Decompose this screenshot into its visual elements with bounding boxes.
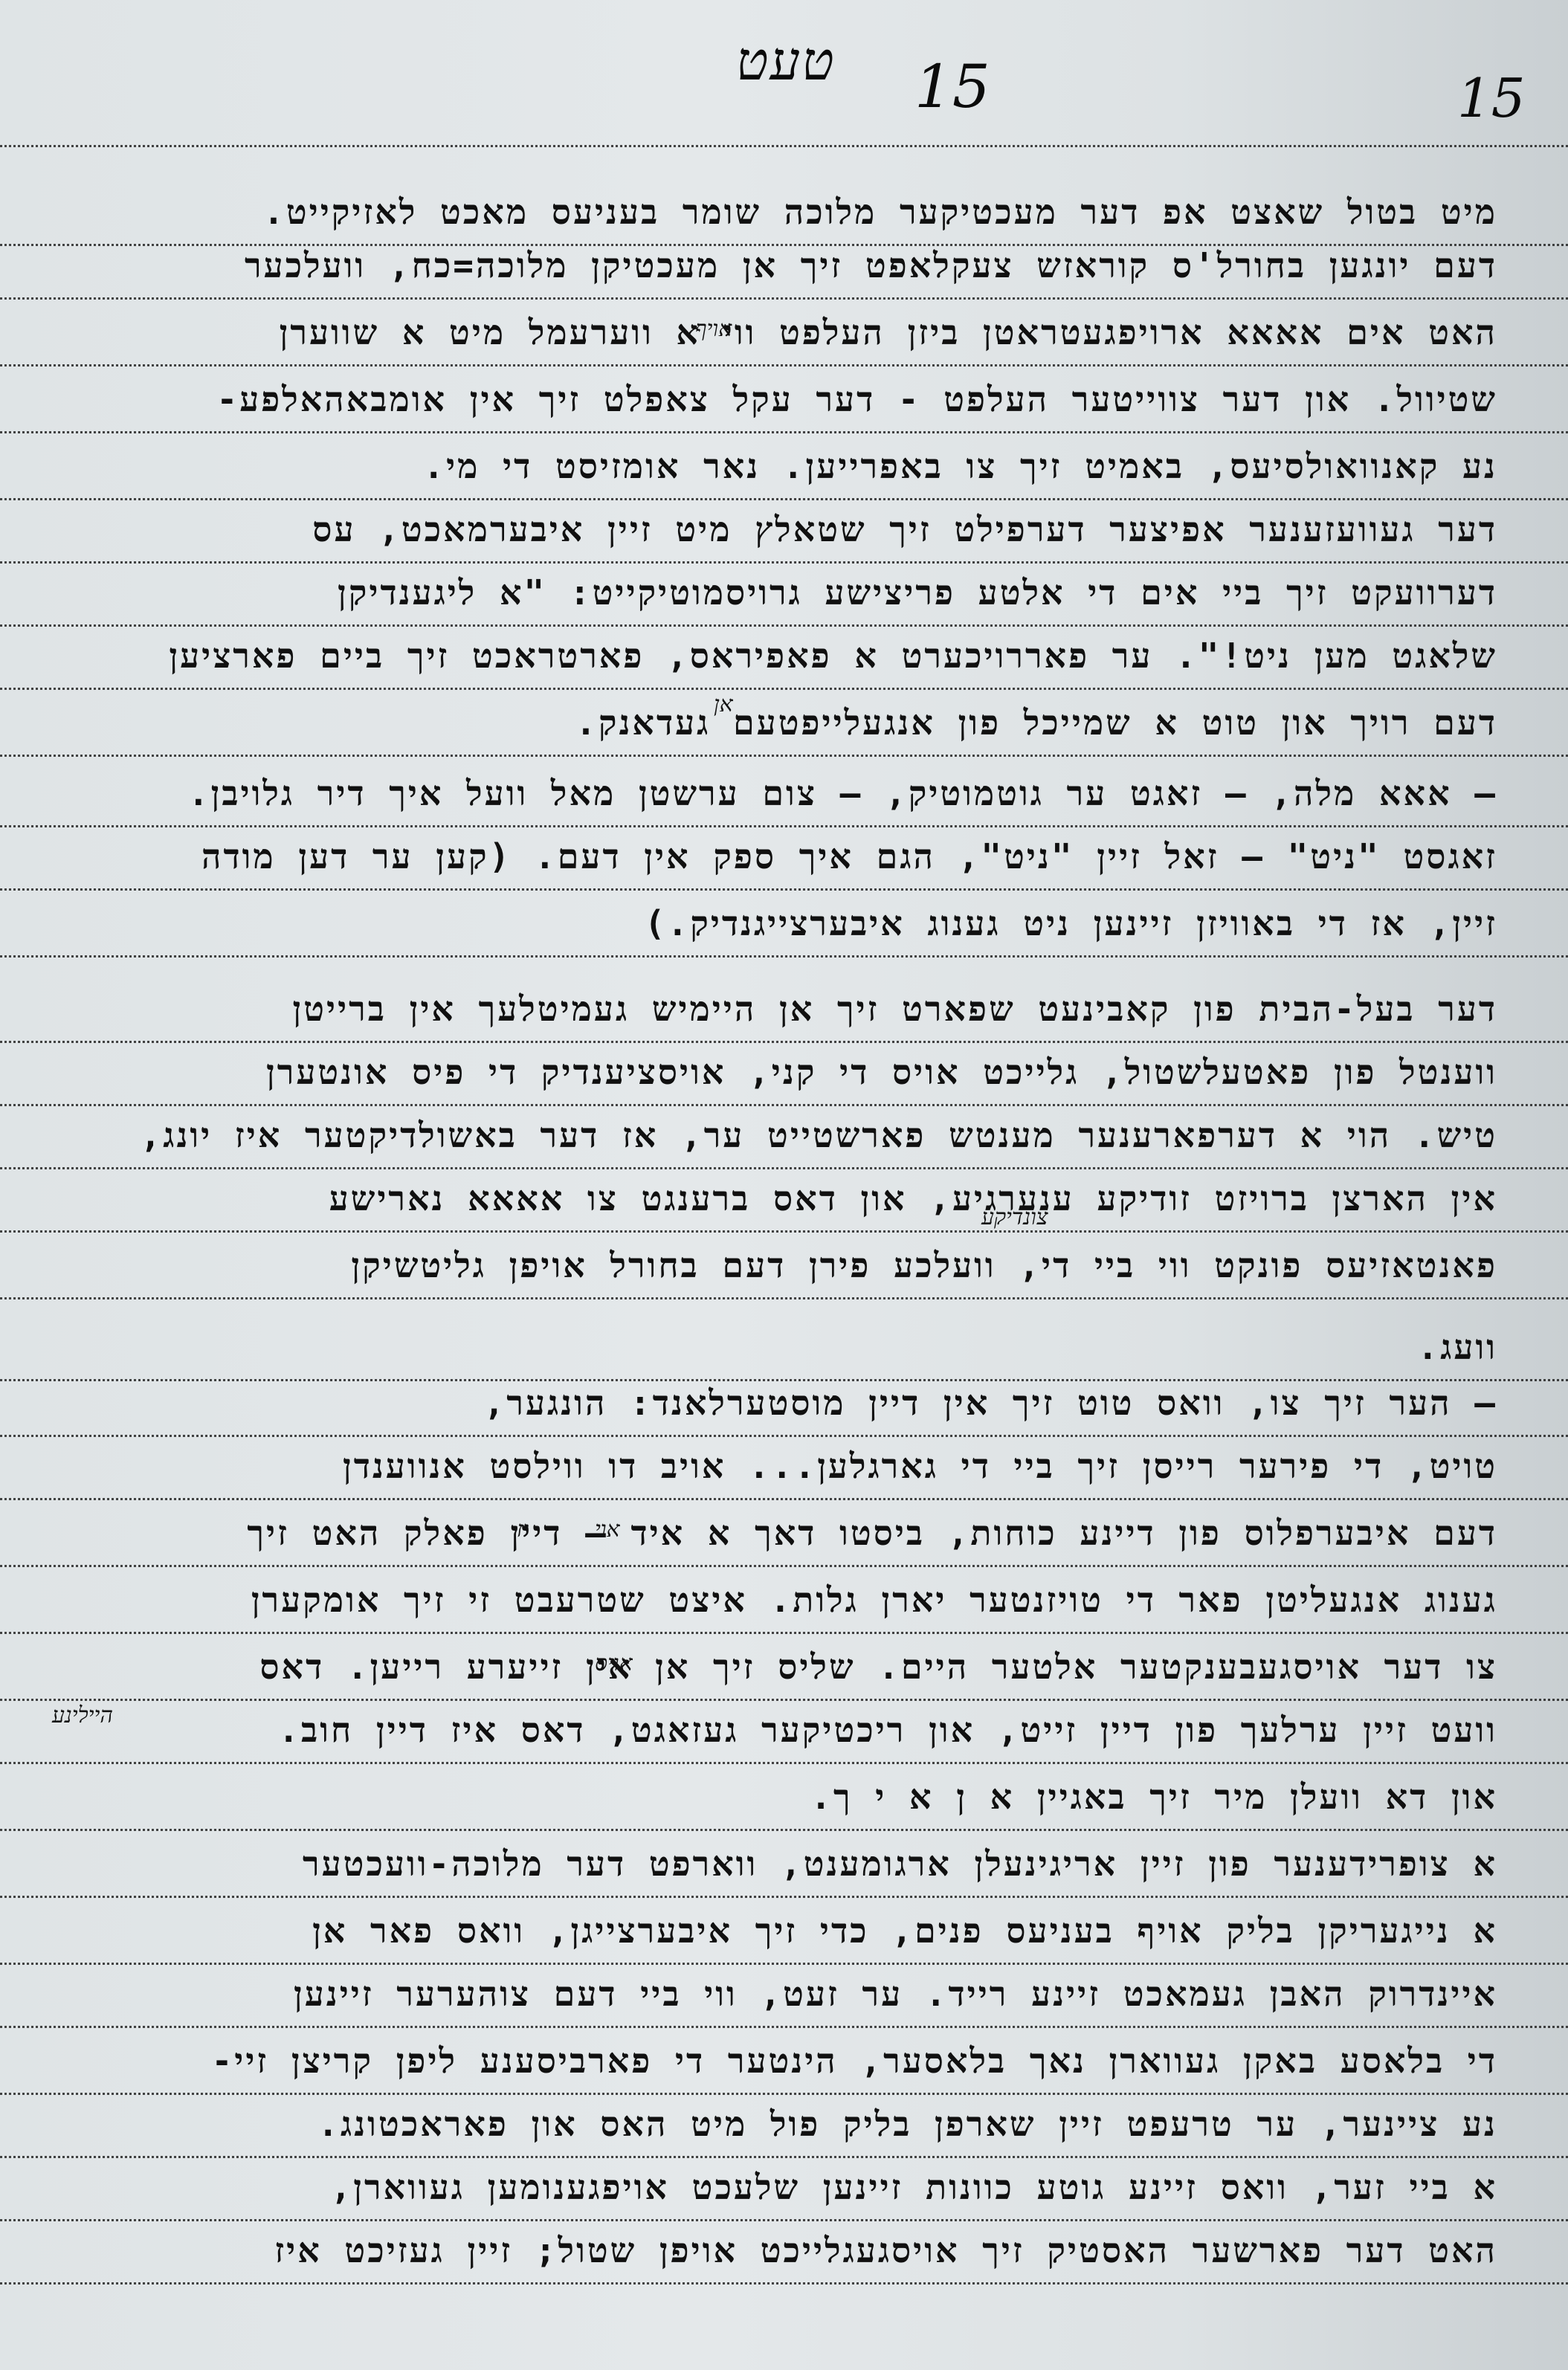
ruled-line	[0, 2093, 1568, 2095]
typed-line: אין הארצן ברויזט זודיקע ענערגיע, און דאס…	[329, 1178, 1497, 1218]
typed-line: ווענטל פון פאטעלשטול, גלייכט אויס די קני…	[266, 1052, 1497, 1092]
ruled-line	[0, 1829, 1568, 1831]
ruled-line	[0, 1699, 1568, 1701]
typed-line: זיין, אז די באוויזן זיינען ניט גענוג איב…	[645, 903, 1497, 943]
ruled-line	[0, 1762, 1568, 1764]
ruled-line	[0, 1963, 1568, 1965]
typed-line: – הער זיך צו, וואס טוט זיך אין דיין מוסט…	[484, 1383, 1497, 1423]
typed-line: א נייגעריקן בליק אויף בעניעס פנים, כדי ז…	[312, 1911, 1497, 1951]
typed-line: דערוועקט זיך ביי אים די אלטע פריצישע גרו…	[338, 572, 1497, 613]
typed-line: דער בעל-הבית פון קאבינעט שפארט זיך אן הי…	[293, 989, 1497, 1029]
margin-note: אויף	[695, 316, 732, 342]
typed-line: מיט בטול שאצט אפ דער מעכטיקער מלוכה שומר…	[263, 192, 1497, 232]
ruled-line	[0, 688, 1568, 690]
typed-line: צו דער אויסגעבענקטער אלטער היים. שליס זי…	[259, 1647, 1497, 1687]
typed-line: דעם איבערפלוס פון דיינע כוחות, ביסטו דאך…	[247, 1513, 1497, 1553]
typed-line: שלאגט מען ניט!". ער פאררויכערט א פאפיראס…	[169, 636, 1497, 676]
ruled-line	[0, 1167, 1568, 1169]
ruled-line	[0, 755, 1568, 757]
ruled-line	[0, 1041, 1568, 1043]
typed-line: און דא וועלן מיר זיך באגיין א ן א י ך.	[810, 1777, 1497, 1817]
ruled-line	[0, 1297, 1568, 1299]
ruled-line	[0, 1632, 1568, 1634]
typed-line: א צופרידענער פון זיין אריגינעלן ארגומענט…	[303, 1844, 1497, 1884]
margin-note: אוי	[595, 1517, 620, 1543]
typed-line: דער געוועזענער אפיצער דערפילט זיך שטאלץ …	[312, 509, 1497, 549]
ruled-line	[0, 431, 1568, 433]
ruled-line	[0, 1896, 1568, 1898]
ruled-line	[0, 1498, 1568, 1500]
ruled-line	[0, 145, 1568, 147]
ruled-line	[0, 297, 1568, 300]
typed-line: שטיוול. און דער צווייטער העלפט - דער עקל…	[217, 379, 1498, 419]
typed-line: נע קאנוואולסיעס, באמיט זיך צו באפרייען. …	[423, 446, 1497, 486]
typed-line: איינדרוק האבן געמאכט זיינע רייד. ער זעט,…	[294, 1974, 1497, 2014]
ruled-line	[0, 2219, 1568, 2221]
ruled-line	[0, 2282, 1568, 2285]
typed-line: נע ציינער, ער טרעפט זיין שארפן בליק פול …	[317, 2104, 1497, 2144]
typed-line: וועג.	[1418, 1327, 1497, 1367]
typed-line: האט דער פארשער האסטיק זיך אויסגעגלייכט א…	[274, 2230, 1497, 2270]
margin-note: צונדיקע	[981, 1204, 1048, 1230]
ruled-line	[0, 624, 1568, 627]
typed-line: א ביי זער, וואס זיינע גוטע כוונות זיינען…	[331, 2167, 1497, 2207]
ruled-line	[0, 1379, 1568, 1381]
ruled-line	[0, 1104, 1568, 1106]
ruled-line	[0, 1230, 1568, 1233]
typed-line: – אאא מלה, – זאגט ער גוטמוטיק, – צום ערש…	[188, 773, 1497, 813]
handwritten-page-number: 15	[914, 52, 990, 121]
margin-note: אן	[714, 691, 733, 717]
typed-line: גענוג אנגעליטן פאר די טויזנטער יארן גלות…	[251, 1580, 1497, 1620]
ruled-line	[0, 955, 1568, 958]
typed-line: האט אים אאאא ארויפגעטראטן ביזן העלפט ווי…	[280, 312, 1497, 352]
ruled-line	[0, 364, 1568, 367]
handwritten-title: טעט	[736, 30, 836, 93]
typed-line: פאנטאזיעס פונקט ווי ביי די, וועלכע פירן …	[351, 1245, 1497, 1285]
ruled-line	[0, 498, 1568, 500]
ruled-line	[0, 2026, 1568, 2028]
typed-line: די בלאסע באקן געווארן נאך בלאסער, הינטער…	[212, 2041, 1497, 2081]
document-page: טעט 15 15 מיט בטול שאצט אפ דער מעכטיקער …	[0, 0, 1568, 2370]
ruled-line	[0, 2156, 1568, 2158]
margin-note: יז	[517, 1517, 529, 1543]
ruled-line	[0, 561, 1568, 564]
typed-line: זאגסט "ניט" – זאל זיין "ניט", הגם איך ספ…	[201, 836, 1497, 876]
margin-note: אויס	[595, 1650, 633, 1676]
margin-note: היילינע	[52, 1702, 113, 1728]
typed-line: דעם יונגען בחורל'ס קוראזש צעקלאפט זיך אן…	[245, 245, 1497, 285]
handwritten-page-number-right: 15	[1457, 67, 1526, 129]
ruled-line	[0, 1435, 1568, 1437]
ruled-line	[0, 888, 1568, 891]
ruled-line	[0, 1565, 1568, 1567]
typed-line: טויט, די פירער רייסן זיך ביי די גארגלען.…	[343, 1446, 1497, 1486]
typed-line: טיש. הוי א דערפארענער מענטש פארשטייט ער,…	[141, 1115, 1497, 1155]
ruled-line	[0, 825, 1568, 827]
typed-line: וועט זיין ערלעך פון דיין זייט, און ריכטי…	[278, 1710, 1497, 1750]
